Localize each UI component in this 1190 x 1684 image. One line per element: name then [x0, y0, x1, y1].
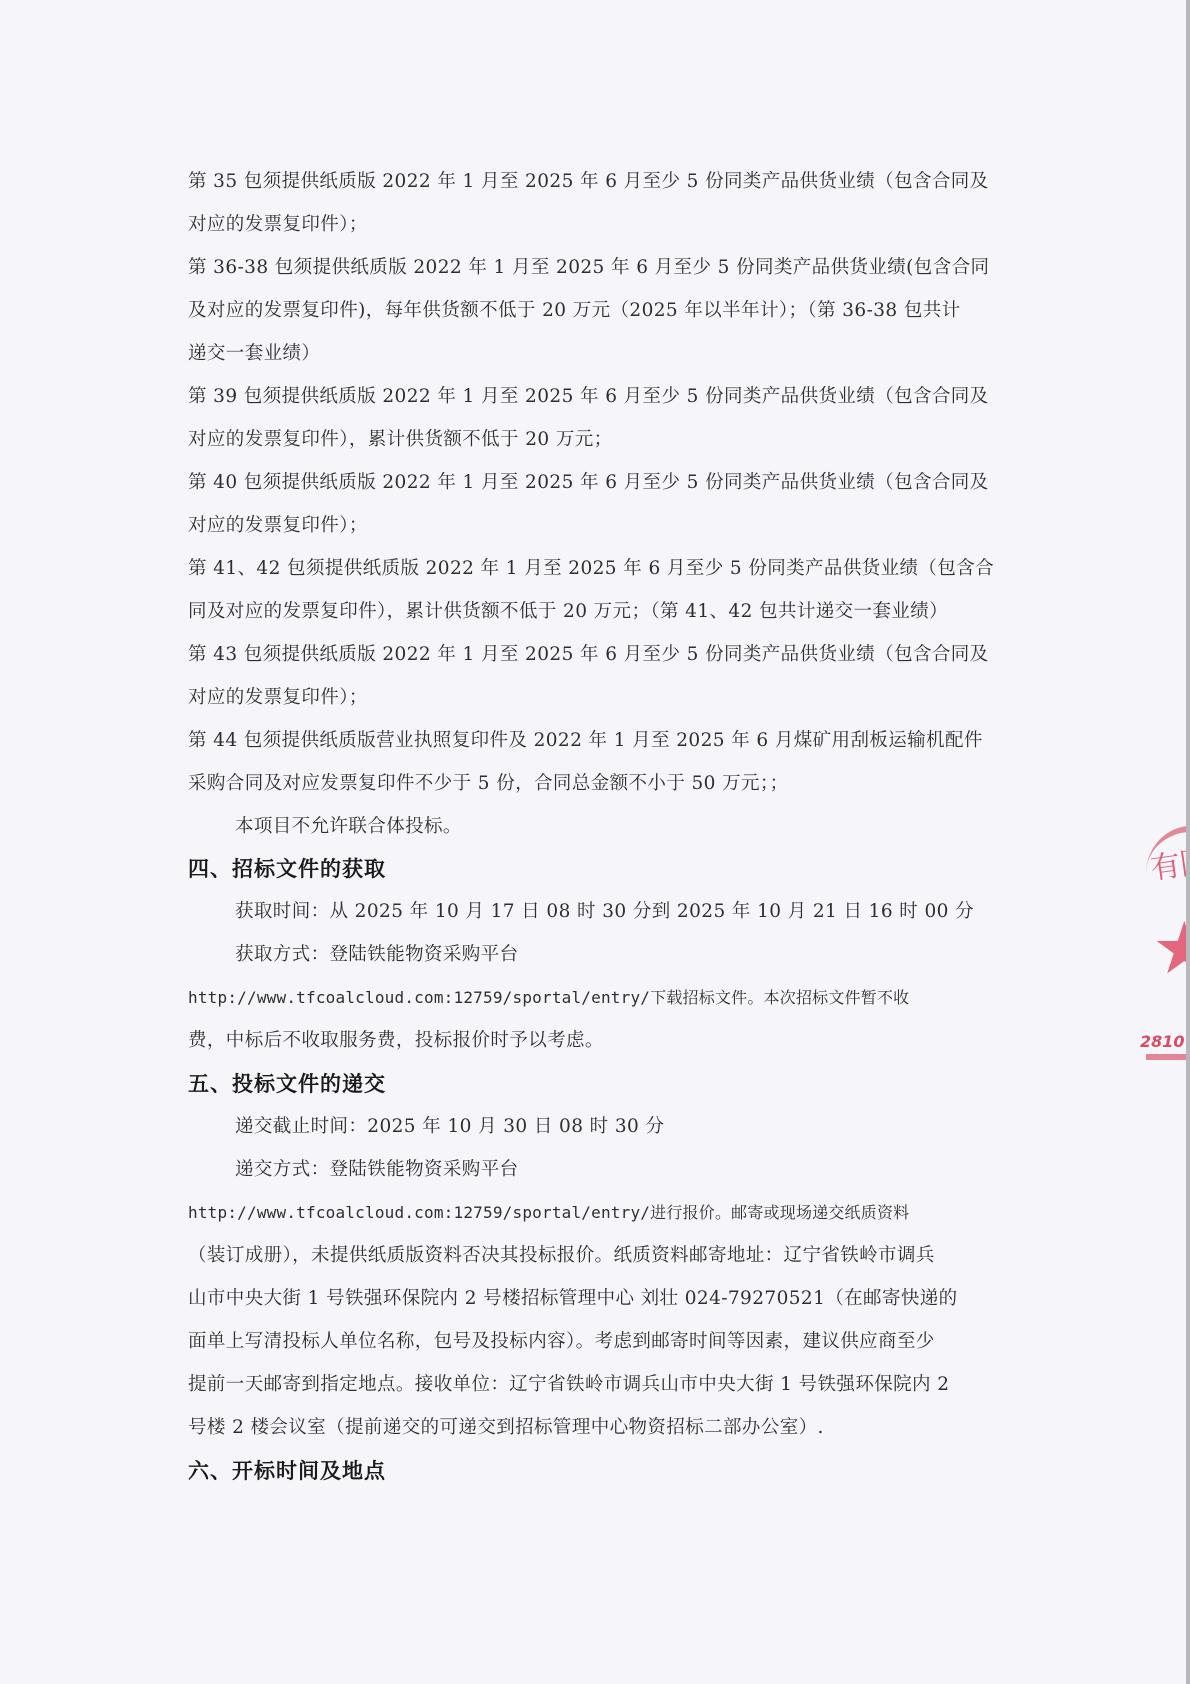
paragraph-line: 第 43 包须提供纸质版 2022 年 1 月至 2025 年 6 月至少 5 …	[188, 643, 989, 667]
submission-line: （装订成册），未提供纸质版资料否决其投标报价。纸质资料邮寄地址：辽宁省铁岭市调兵	[188, 1244, 935, 1268]
submission-deadline: 递交截止时间：2025 年 10 月 30 日 08 时 30 分	[235, 1115, 664, 1139]
paragraph-line: 同及对应的发票复印件），累计供货额不低于 20 万元；（第 41、42 包共计递…	[188, 600, 948, 624]
submission-method: 递交方式：登陆铁能物资采购平台	[235, 1158, 519, 1182]
document-page: 第 35 包须提供纸质版 2022 年 1 月至 2025 年 6 月至少 5 …	[0, 0, 1190, 1684]
section-heading-6: 六、开标时间及地点	[188, 1458, 386, 1484]
submission-line: 面单上写清投标人单位名称，包号及投标内容）。考虑到邮寄时间等因素，建议供应商至少	[188, 1330, 935, 1354]
section-heading-4: 四、招标文件的获取	[188, 856, 386, 882]
page-edge-shadow	[1186, 0, 1190, 1684]
paragraph-line: 对应的发票复印件）；	[188, 213, 368, 237]
paragraph-line: 对应的发票复印件），累计供货额不低于 20 万元；	[188, 428, 613, 452]
paragraph-line: 对应的发票复印件）；	[188, 514, 368, 538]
consortium-note: 本项目不允许联合体投标。	[235, 815, 462, 839]
seal-number: 2810	[1140, 1032, 1185, 1051]
acquisition-url-line: http://www.tfcoalcloud.com:12759/sportal…	[188, 986, 909, 1010]
fee-line: 费，中标后不收取服务费，投标报价时予以考虑。	[188, 1029, 604, 1053]
paragraph-line: 采购合同及对应发票复印件不少于 5 份，合同总金额不小于 50 万元；；	[188, 772, 789, 796]
paragraph-line: 第 39 包须提供纸质版 2022 年 1 月至 2025 年 6 月至少 5 …	[188, 385, 989, 409]
paragraph-line: 第 36-38 包须提供纸质版 2022 年 1 月至 2025 年 6 月至少…	[188, 256, 989, 280]
paragraph-line: 第 35 包须提供纸质版 2022 年 1 月至 2025 年 6 月至少 5 …	[188, 170, 989, 194]
paragraph-line: 第 40 包须提供纸质版 2022 年 1 月至 2025 年 6 月至少 5 …	[188, 471, 989, 495]
seal-number-underline	[1146, 1054, 1186, 1060]
paragraph-line: 第 41、42 包须提供纸质版 2022 年 1 月至 2025 年 6 月至少…	[188, 557, 994, 581]
section-heading-5: 五、投标文件的递交	[188, 1071, 386, 1097]
submission-line: http://www.tfcoalcloud.com:12759/sportal…	[188, 1201, 909, 1225]
acquisition-method: 获取方式：登陆铁能物资采购平台	[235, 943, 519, 967]
seal-star-icon: ★	[1152, 912, 1186, 984]
submission-line: 号楼 2 楼会议室（提前递交的可递交到招标管理中心物资招标二部办公室）.	[188, 1416, 824, 1440]
acquisition-time: 获取时间：从 2025 年 10 月 17 日 08 时 30 分到 2025 …	[235, 900, 974, 924]
paragraph-line: 对应的发票复印件）；	[188, 686, 368, 710]
company-seal: 有限 ★ 2810	[1126, 820, 1186, 1070]
paragraph-line: 递交一套业绩）	[188, 342, 320, 366]
paragraph-line: 第 44 包须提供纸质版营业执照复印件及 2022 年 1 月至 2025 年 …	[188, 729, 983, 753]
submission-line: 提前一天邮寄到指定地点。接收单位：辽宁省铁岭市调兵山市中央大街 1 号铁强环保院…	[188, 1373, 949, 1397]
paragraph-line: 及对应的发票复印件)，每年供货额不低于 20 万元（2025 年以半年计）；（第…	[188, 299, 961, 323]
submission-line: 山市中央大街 1 号铁强环保院内 2 号楼招标管理中心 刘壮 024-79270…	[188, 1287, 958, 1311]
seal-text: 有限	[1147, 836, 1186, 888]
